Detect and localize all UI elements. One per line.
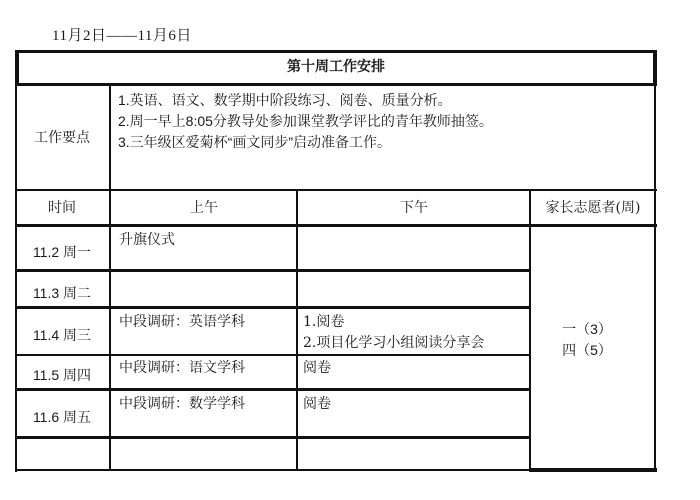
work-point-item: 3.三年级区爱菊杯“画文同步”启动准备工作。 [118,132,657,153]
row-date: 11.2 周一 [15,227,109,270]
table-border [15,469,531,471]
header-morning: 上午 [111,191,297,225]
table-border [15,84,17,472]
row-morning [111,439,297,471]
date-range: 11月2日——11月6日 [52,24,192,45]
table-border [15,50,657,53]
header-volunteers: 家长志愿者(周) [531,191,655,225]
table-border [15,83,657,86]
volunteer-class: 四（5） [562,340,612,361]
row-afternoon [298,227,530,270]
row-morning [111,272,297,307]
row-morning: 中段调研：数学学科 [111,391,297,437]
work-points-label: 工作要点 [15,86,109,190]
row-afternoon [298,272,530,307]
row-morning: 中段调研：语文学科 [111,357,297,389]
table-border [15,354,531,356]
row-afternoon: 阅卷 [298,357,530,389]
work-point-item: 1.英语、语文、数学期中阶段练习、阅卷、质量分析。 [118,90,657,111]
table-border [529,189,531,472]
row-date: 11.5 周四 [15,357,109,389]
header-afternoon: 下午 [298,191,530,225]
row-morning: 升旗仪式 [111,227,297,270]
work-points-list: 1.英语、语文、数学期中阶段练习、阅卷、质量分析。 2.周一早上8:05分教导处… [111,86,657,190]
row-afternoon: 1.阅卷 2.项目化学习小组阅读分享会 [298,309,530,355]
table-border [15,50,19,85]
table-border [15,388,531,391]
row-afternoon: 阅卷 [298,391,530,437]
afternoon-item: 1.阅卷 [303,312,530,333]
table-border [530,468,657,472]
table-border [15,269,531,272]
table-title: 第十周工作安排 [15,50,657,84]
table-border [15,189,657,191]
row-afternoon [298,439,530,471]
table-border [15,224,657,227]
afternoon-item: 2.项目化学习小组阅读分享会 [303,333,530,354]
row-morning: 中段调研：英语学科 [111,309,297,355]
work-point-item: 2.周一早上8:05分教导处参加课堂教学评比的青年教师抽签。 [118,111,657,132]
row-date: 11.3 周二 [15,272,109,307]
table-border [653,50,657,85]
volunteer-class: 一（3） [562,319,612,340]
row-date [15,439,109,471]
table-border [654,84,656,472]
table-border [15,306,531,309]
row-date: 11.6 周五 [15,391,109,437]
weekly-schedule-table: 第十周工作安排 工作要点 1.英语、语文、数学期中阶段练习、阅卷、质量分析。 2… [15,50,657,472]
table-border [109,84,111,471]
row-date: 11.4 周三 [15,309,109,355]
volunteers-cell: 一（3） 四（5） [531,227,655,471]
header-time: 时间 [15,191,109,225]
table-border [296,189,298,471]
table-border [15,436,531,439]
